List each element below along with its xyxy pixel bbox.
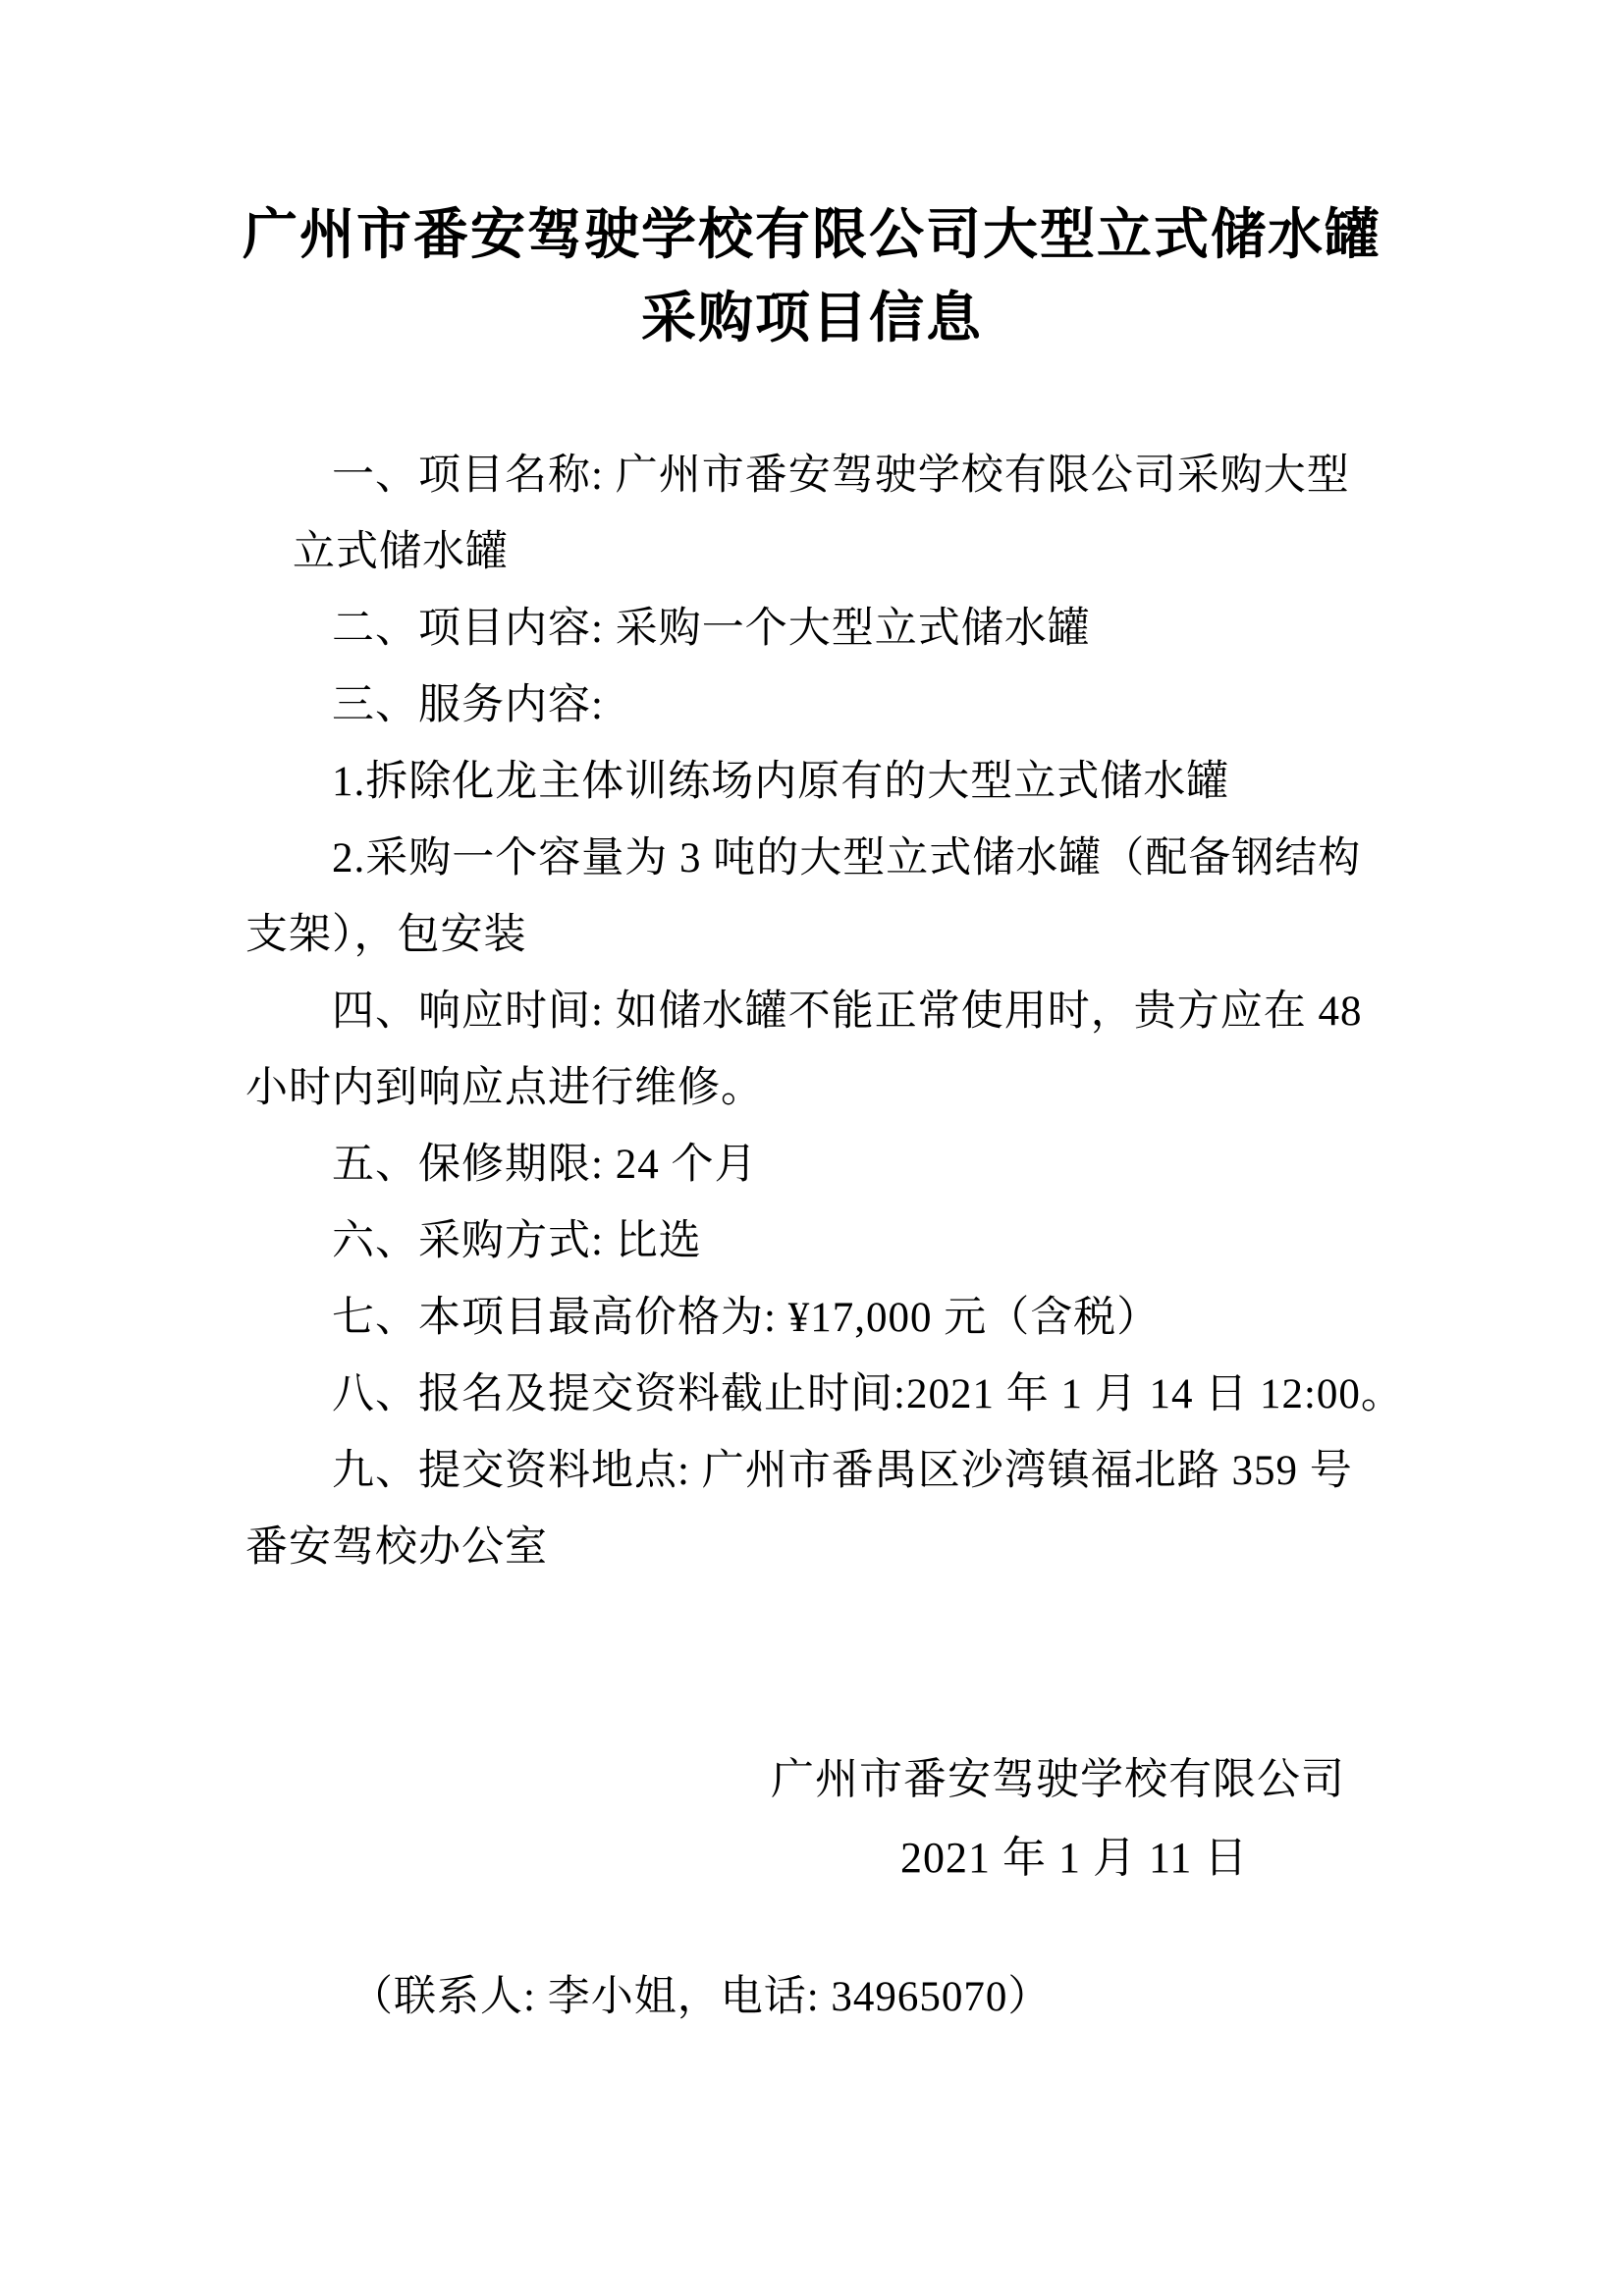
body-line-service-content: 三、服务内容:	[245, 667, 1384, 744]
body-line-warranty: 五、保修期限: 24 个月	[245, 1127, 1384, 1203]
body-line-procurement-method: 六、采购方式: 比选	[245, 1203, 1384, 1280]
body-line-service-item-2-wrap: 支架），包安装	[245, 897, 1384, 974]
body-line-project-name-wrap: 立式储水罐	[245, 514, 1384, 591]
signature-block: 广州市番安驾驶学校有限公司 2021 年 1 月 11 日	[0, 1740, 1624, 1897]
signature-company: 广州市番安驾驶学校有限公司	[771, 1740, 1624, 1819]
body-line-service-item-2: 2.采购一个容量为 3 吨的大型立式储水罐（配备钢结构	[245, 821, 1384, 897]
body-line-submission-address: 九、提交资料地点: 广州市番禺区沙湾镇福北路 359 号	[245, 1433, 1384, 1510]
body-line-max-price: 七、本项目最高价格为: ¥17,000 元（含税）	[245, 1280, 1384, 1357]
body-line-service-item-1: 1.拆除化龙主体训练场内原有的大型立式储水罐	[245, 744, 1384, 821]
document-page: 广州市番安驾驶学校有限公司大型立式储水罐 采购项目信息 一、项目名称: 广州市番…	[0, 0, 1624, 2296]
body-line-project-name: 一、项目名称: 广州市番安驾驶学校有限公司采购大型	[245, 438, 1384, 514]
signature-date: 2021 年 1 月 11 日	[900, 1819, 1624, 1897]
contact-line: （联系人: 李小姐，电话: 34965070）	[0, 1959, 1624, 2036]
body-line-project-content: 二、项目内容: 采购一个大型立式储水罐	[245, 591, 1384, 667]
title-line-2: 采购项目信息	[0, 278, 1624, 361]
body-line-response-time: 四、响应时间: 如储水罐不能正常使用时，贵方应在 48	[245, 974, 1384, 1050]
body-line-deadline: 八、报名及提交资料截止时间:2021 年 1 月 14 日 12:00。	[245, 1357, 1384, 1433]
body-line-response-time-wrap: 小时内到响应点进行维修。	[245, 1050, 1384, 1127]
body-line-submission-address-wrap: 番安驾校办公室	[245, 1510, 1384, 1586]
title-line-1: 广州市番安驾驶学校有限公司大型立式储水罐	[0, 194, 1624, 278]
document-body: 一、项目名称: 广州市番安驾驶学校有限公司采购大型 立式储水罐 二、项目内容: …	[0, 438, 1384, 1586]
document-title: 广州市番安驾驶学校有限公司大型立式储水罐 采购项目信息	[0, 0, 1624, 361]
